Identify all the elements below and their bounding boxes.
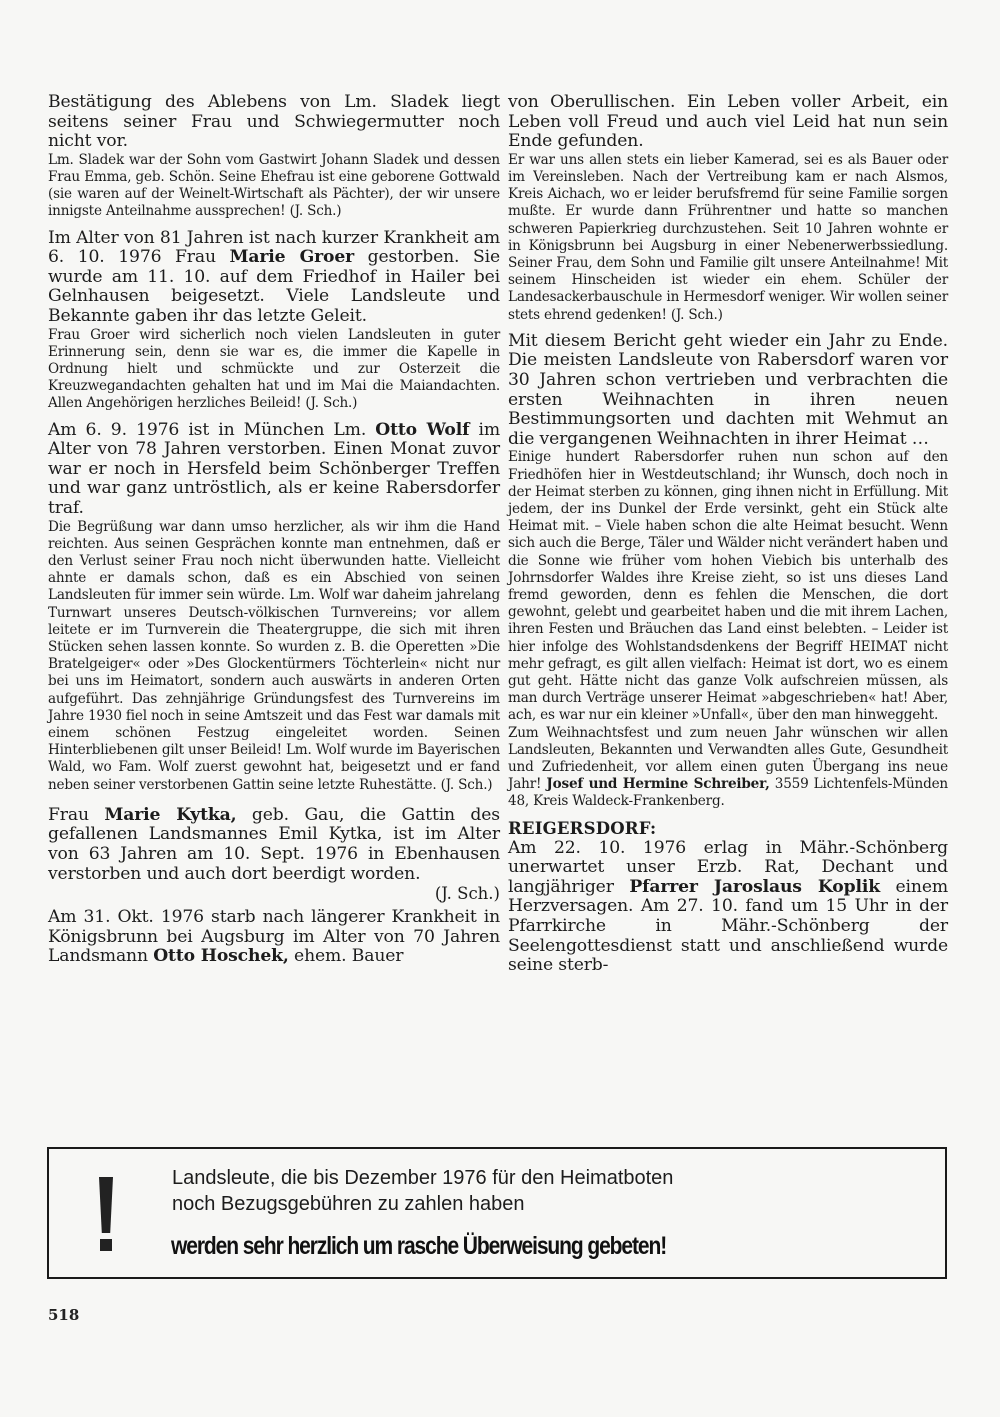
left-column: Bestätigung des Ablebens von Lm. Sladek … <box>48 93 500 967</box>
person-name: Pfarrer Jaroslaus Koplik <box>629 877 880 897</box>
exclamation-icon <box>99 1177 113 1253</box>
page-number: 518 <box>48 1306 79 1324</box>
article-hoschek-lead: Am 31. Okt. 1976 starb nach längerer Kra… <box>48 908 500 967</box>
author-name: Josef und Hermine Schreiber, <box>546 776 769 792</box>
person-name: Marie Kytka, <box>104 805 236 825</box>
article-hoschek-continued-lead: von Oberullischen. Ein Leben voller Arbe… <box>508 93 948 152</box>
person-name: Otto Hoschek, <box>153 946 289 966</box>
holiday-greeting: Zum Weihnachtsfest und zum neuen Jahr wü… <box>508 725 948 811</box>
article-hoschek-body: Er war uns allen stets ein lieber Kamera… <box>508 152 948 324</box>
article-groer-body: Frau Groer wird sicherlich noch vielen L… <box>48 327 500 413</box>
payment-notice-box: Landsleute, die bis Dezember 1976 für de… <box>47 1147 947 1279</box>
year-end-report-body: Einige hundert Rabersdorfer ruhen nun sc… <box>508 449 948 724</box>
article-wolf-body: Die Begrüßung war dann umso herzlicher, … <box>48 519 500 794</box>
person-name: Marie Groer <box>230 247 355 267</box>
notice-line-1: Landsleute, die bis Dezember 1976 für de… <box>172 1167 673 1190</box>
notice-line-2: noch Bezugsgebühren zu zahlen haben <box>172 1193 525 1216</box>
article-groer-lead: Im Alter von 81 Jahren ist nach kurzer K… <box>48 229 500 327</box>
article-sladek-body: Lm. Sladek war der Sohn vom Gastwirt Joh… <box>48 152 500 221</box>
article-koplik-lead: Am 22. 10. 1976 erlag in Mähr.-Schönberg… <box>508 839 948 976</box>
article-wolf-lead: Am 6. 9. 1976 ist in München Lm. Otto Wo… <box>48 421 500 519</box>
year-end-report-lead: Mit diesem Bericht geht wieder ein Jahr … <box>508 332 948 450</box>
person-name: Otto Wolf <box>375 420 469 440</box>
article-kytka-signature: (J. Sch.) <box>48 884 500 904</box>
section-heading-reigersdorf: REIGERSDORF: <box>508 819 948 839</box>
article-sladek-lead: Bestätigung des Ablebens von Lm. Sladek … <box>48 93 500 152</box>
right-column: von Oberullischen. Ein Leben voller Arbe… <box>508 93 948 976</box>
article-kytka-lead: Frau Marie Kytka, geb. Gau, die Gattin d… <box>48 806 500 884</box>
notice-emphasis: werden sehr herzlich um rasche Überweisu… <box>171 1232 666 1261</box>
